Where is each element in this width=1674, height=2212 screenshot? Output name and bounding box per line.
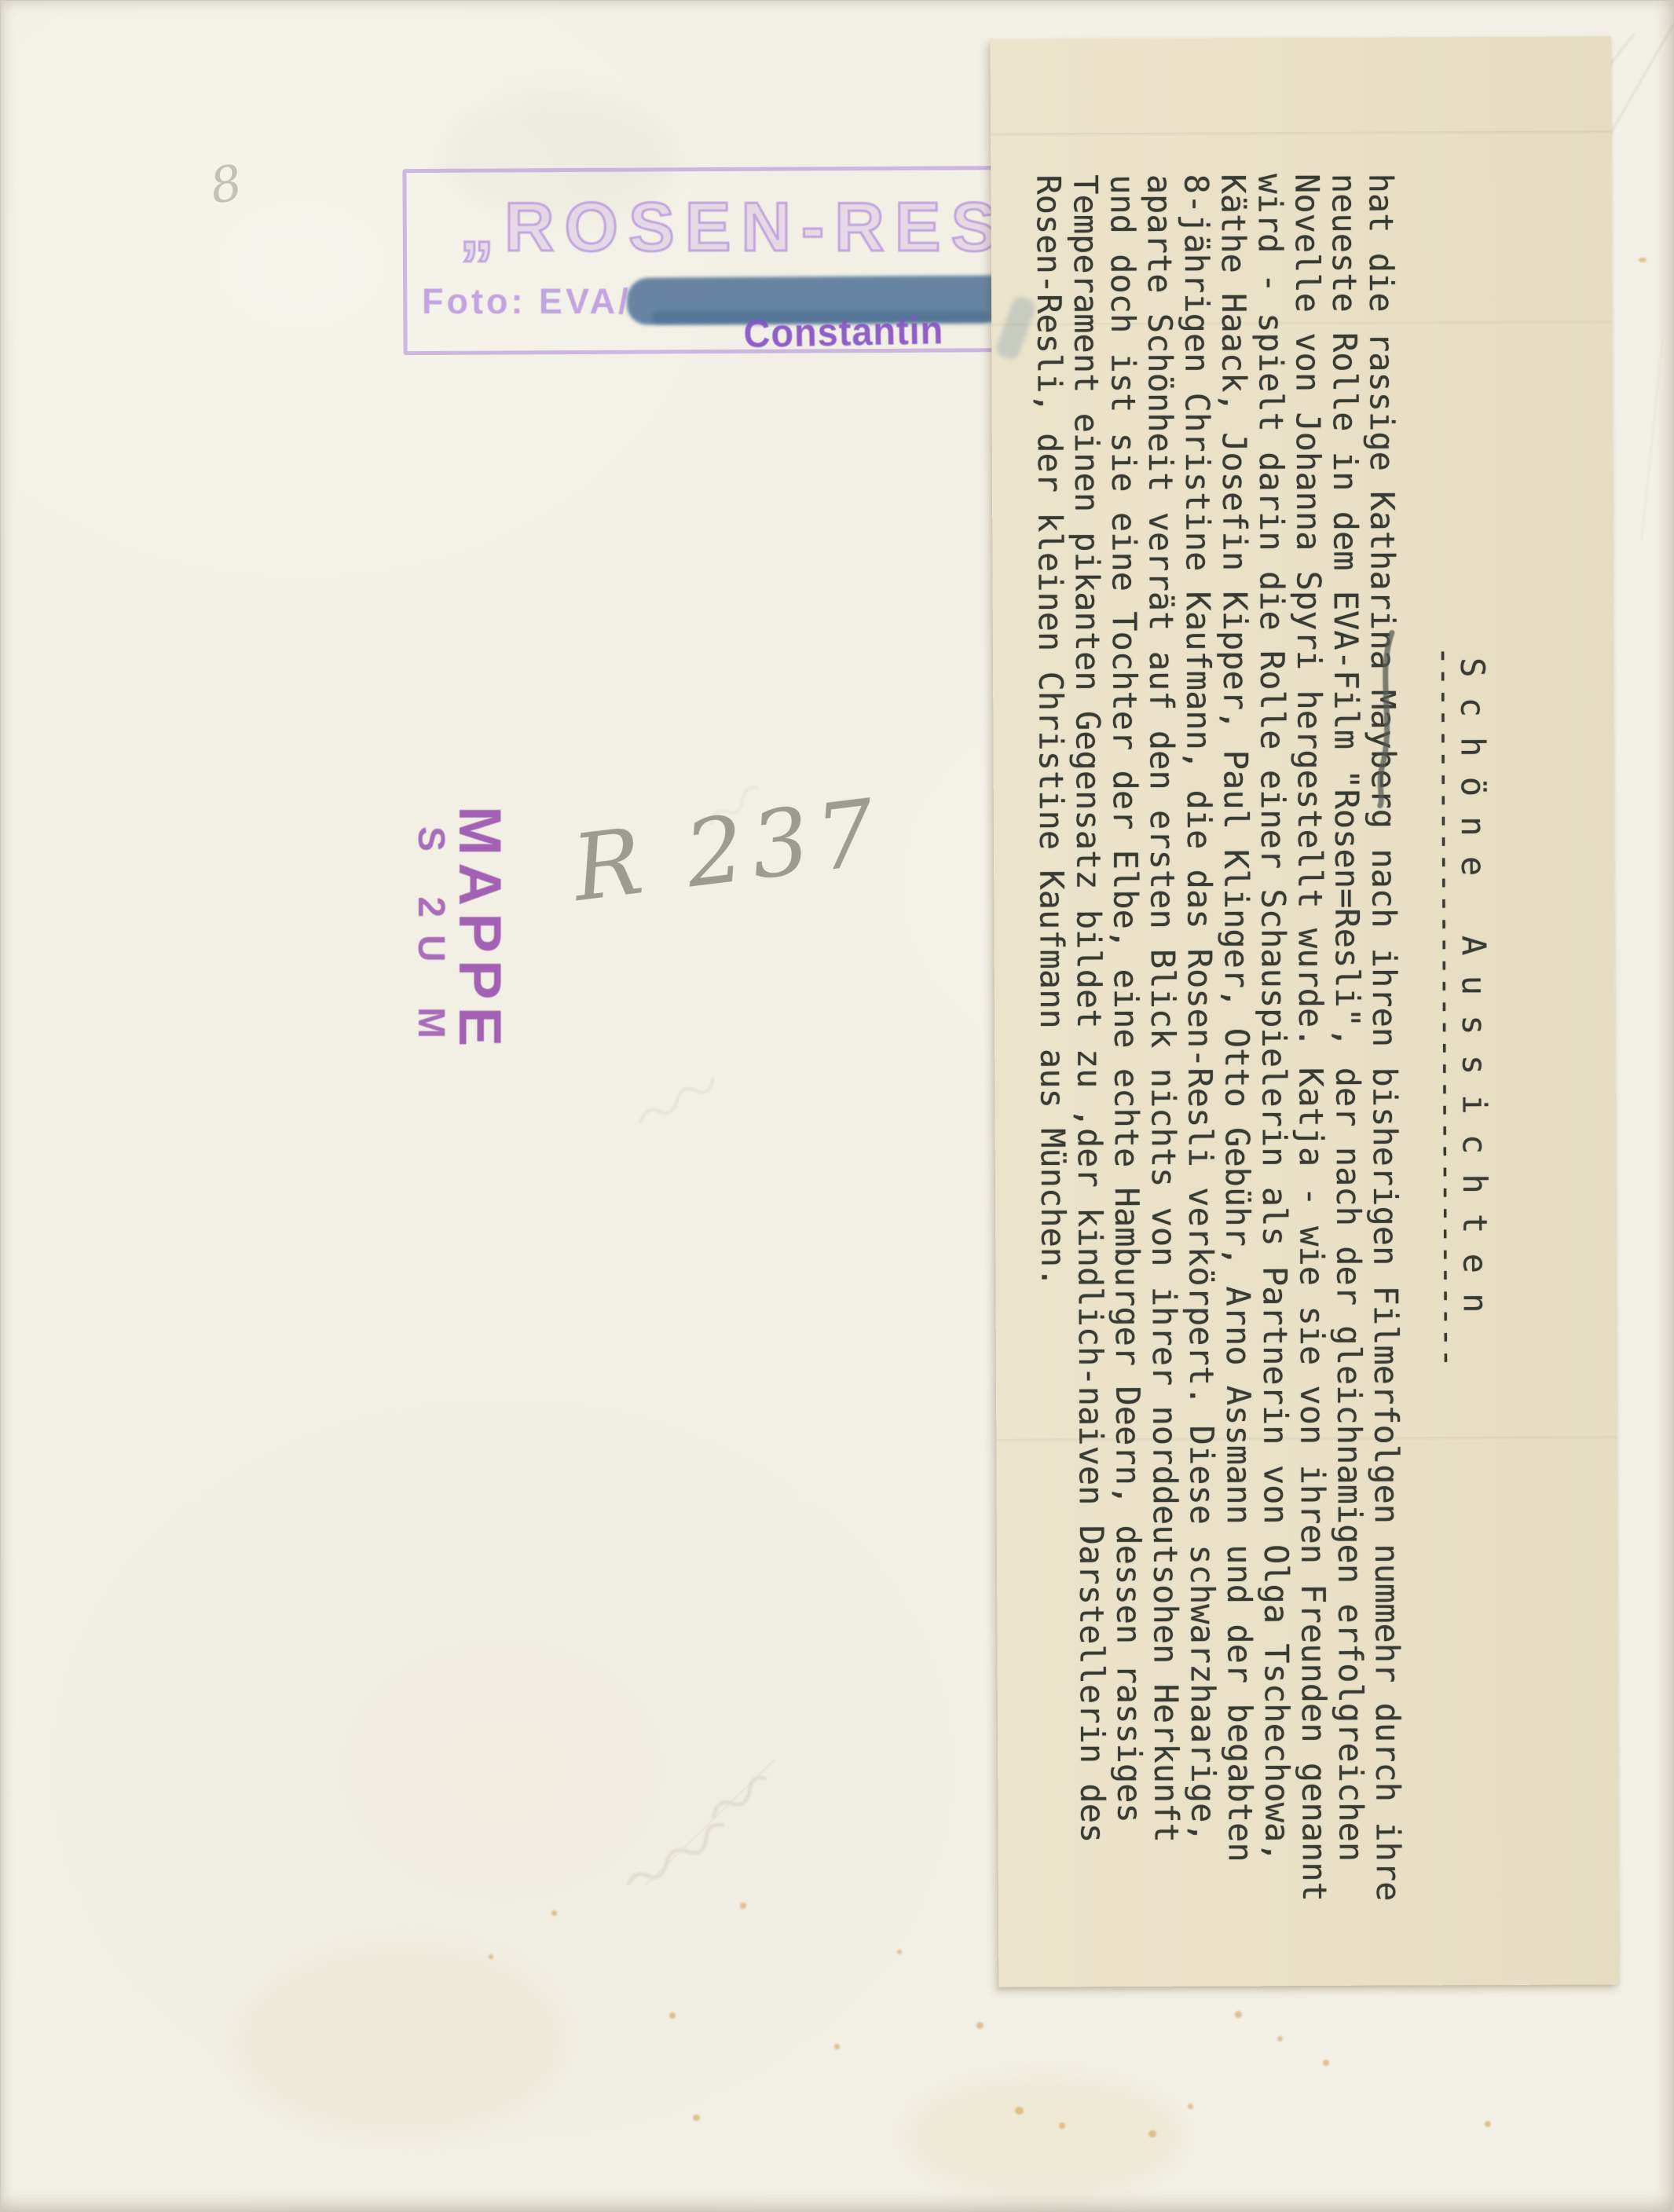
foxing-dot — [740, 1903, 746, 1909]
caption-line: Rosen-Resli, der kleinen Christine Kaufm… — [1030, 174, 1075, 1987]
ink-offset-mark — [621, 1029, 778, 1123]
foxing-dot — [1015, 2107, 1024, 2115]
foxing-dot — [976, 2022, 984, 2029]
caption-line: Temperament einen pikanten Gegensatz bil… — [1067, 174, 1112, 1987]
foxing-dot — [693, 2115, 700, 2121]
foxing-dot — [1277, 2036, 1283, 2042]
foxing-dot — [1235, 2011, 1242, 2018]
crease-mark — [1606, 24, 1674, 141]
rosen-resli-stamp-title: „ROSEN-RES — [460, 187, 1007, 267]
crease-mark — [1640, 339, 1663, 542]
foxing-dot — [1059, 2122, 1065, 2129]
mappe-stamp-line1: MAPPE — [451, 806, 507, 1077]
foxing-dot — [1323, 2060, 1329, 2066]
pencil-mark-8: 8 — [206, 153, 247, 215]
paper-stain — [903, 2074, 1186, 2199]
mappe-stamp: MAPPE S 2U M — [404, 806, 507, 1077]
foxing-dot — [1485, 2121, 1491, 2127]
foxing-dot — [1148, 2130, 1156, 2137]
foxing-dot — [1639, 258, 1647, 262]
mappe-stamp-line2: S 2U M — [410, 826, 451, 1077]
foxing-dot — [897, 1950, 902, 1954]
foxing-dot — [834, 2044, 840, 2049]
caption-heading-underline: ----------------------------------- — [1427, 646, 1469, 1985]
pencil-note-r237: R 237 — [567, 779, 888, 922]
ink-offset-mark — [597, 1760, 817, 1885]
photo-verso-scan: „ROSEN-RES Foto: EVA/ Constantin MAPPE S… — [0, 0, 1674, 2212]
paper-stain — [236, 1948, 566, 2137]
foxing-dot — [669, 2012, 676, 2019]
constantin-stamp: Constantin — [743, 307, 944, 357]
foxing-dot — [551, 1910, 557, 1916]
foxing-dot — [489, 1954, 493, 1959]
caption-text-block: S c h ö n e A u s s i c h t e n --------… — [991, 36, 1620, 1987]
caption-slip: S c h ö n e A u s s i c h t e n --------… — [991, 36, 1620, 1987]
foxing-dot — [1188, 2104, 1193, 2109]
pencil-underline-mayberg — [1368, 628, 1405, 808]
photo-credit-stamp: Foto: EVA/ — [422, 281, 632, 322]
